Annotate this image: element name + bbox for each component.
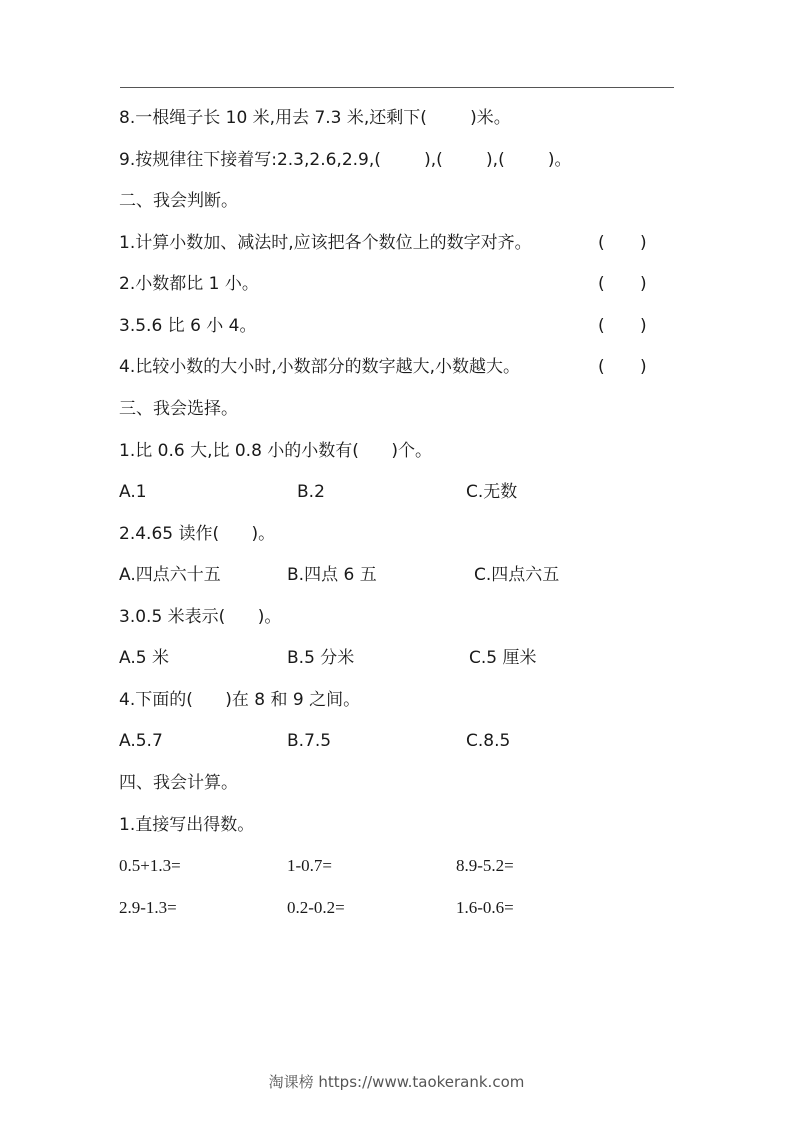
judge-item-2: 2.小数都比 1 小。	[119, 274, 259, 294]
question-9: 9.按规律往下接着写:2.3,2.6,2.9,( ),( ),( )。	[119, 150, 572, 170]
judge-open-paren-2: (	[598, 274, 605, 294]
judge-close-paren-4: )	[640, 357, 647, 377]
choice-2-option-a: A.四点六十五	[119, 565, 221, 585]
judge-item-4: 4.比较小数的大小时,小数部分的数字越大,小数越大。	[119, 357, 520, 377]
choice-question-2: 2.4.65 读作( )。	[119, 524, 275, 544]
calc-expression: 0.2-0.2=	[287, 898, 345, 918]
judge-open-paren-3: (	[598, 316, 605, 336]
judge-open-paren-4: (	[598, 357, 605, 377]
calc-expression: 0.5+1.3=	[119, 856, 181, 876]
question-8: 8.一根绳子长 10 米,用去 7.3 米,还剩下( )米。	[119, 108, 511, 128]
judge-item-3: 3.5.6 比 6 小 4。	[119, 316, 257, 336]
calc-expression: 1.6-0.6=	[456, 898, 514, 918]
choice-4-option-c: C.8.5	[466, 731, 510, 751]
choice-1-option-b: B.2	[297, 482, 325, 502]
section-choice-heading: 三、我会选择。	[119, 399, 238, 419]
choice-3-option-b: B.5 分米	[287, 648, 354, 668]
judge-close-paren-2: )	[640, 274, 647, 294]
judge-close-paren-1: )	[640, 233, 647, 253]
choice-4-option-b: B.7.5	[287, 731, 331, 751]
choice-question-1: 1.比 0.6 大,比 0.8 小的小数有( )个。	[119, 441, 432, 461]
calc-expression: 2.9-1.3=	[119, 898, 177, 918]
choice-3-option-a: A.5 米	[119, 648, 169, 668]
choice-2-option-c: C.四点六五	[474, 565, 559, 585]
choice-1-option-a: A.1	[119, 482, 147, 502]
choice-question-4: 4.下面的( )在 8 和 9 之间。	[119, 690, 360, 710]
judge-item-1: 1.计算小数加、减法时,应该把各个数位上的数字对齐。	[119, 233, 532, 253]
choice-3-option-c: C.5 厘米	[469, 648, 537, 668]
header-rule	[120, 87, 674, 88]
calc-expression: 1-0.7=	[287, 856, 332, 876]
footer-watermark: 淘课榜 https://www.taokerank.com	[0, 1071, 793, 1092]
choice-4-option-a: A.5.7	[119, 731, 163, 751]
judge-open-paren-1: (	[598, 233, 605, 253]
choice-2-option-b: B.四点 6 五	[287, 565, 377, 585]
choice-1-option-c: C.无数	[466, 482, 517, 502]
calc-expression: 8.9-5.2=	[456, 856, 514, 876]
choice-question-3: 3.0.5 米表示( )。	[119, 607, 281, 627]
section-calc-heading: 四、我会计算。	[119, 773, 238, 793]
judge-close-paren-3: )	[640, 316, 647, 336]
section-judge-heading: 二、我会判断。	[119, 191, 238, 211]
calc-subheading: 1.直接写出得数。	[119, 815, 254, 835]
